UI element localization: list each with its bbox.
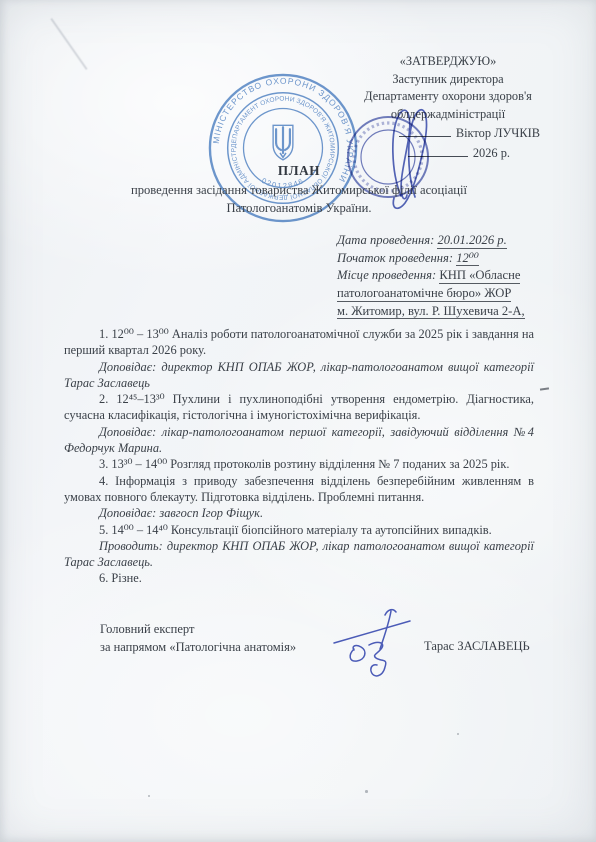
agenda-item: 4. Інформація з приводу забезпечення від… <box>64 473 534 506</box>
scan-speck <box>365 790 368 793</box>
agenda-item: 3. 13³⁰ – 14⁰⁰ Розгляд протоколів розтин… <box>64 456 534 472</box>
footer-role-line: за напрямом «Патологічна анатомія» <box>100 639 296 657</box>
scan-artifact <box>540 387 549 390</box>
detail-label: Дата проведення: <box>337 233 434 247</box>
approval-line: Заступник директора <box>332 71 564 89</box>
detail-label: Початок проведення: <box>337 251 453 265</box>
detail-row: Дата проведення: 20.01.2026 р. <box>337 232 567 250</box>
meeting-details: Дата проведення: 20.01.2026 р. Початок п… <box>337 232 567 321</box>
footer-signer-name: Тарас ЗАСЛАВЕЦЬ <box>424 639 530 654</box>
agenda-item: 6. Різне. <box>64 570 534 586</box>
footer-role-block: Головний експерт за напрямом «Патологічн… <box>100 621 296 656</box>
title-subtitle-line: проведення засідання товариства Житомирс… <box>64 182 534 200</box>
detail-label: Місце проведення: <box>337 268 436 282</box>
detail-value: патологоанатомічне бюро» ЖОР <box>337 286 511 302</box>
agenda-list: 1. 12⁰⁰ – 13⁰⁰ Аналіз роботи патологоана… <box>64 326 534 587</box>
approval-heading: «ЗАТВЕРДЖУЮ» <box>332 53 564 71</box>
detail-value: м. Житомир, вул. Р. Шухевича 2-А, <box>337 304 525 320</box>
agenda-item: 5. 14⁰⁰ – 14⁴⁰ Консультації біопсійного … <box>64 522 534 538</box>
agenda-speaker: Доповідає: завгосп Ігор Фіщук. <box>64 505 534 521</box>
detail-value: КНП «Обласне <box>439 268 520 284</box>
detail-row: патологоанатомічне бюро» ЖОР <box>337 285 567 303</box>
detail-row: м. Житомир, вул. Р. Шухевича 2-А, <box>337 303 567 321</box>
scan-speck <box>457 733 459 735</box>
approval-year: 2026 р. <box>473 146 510 160</box>
agenda-speaker: Доповідає: директор КНП ОПАБ ЖОР, лікар-… <box>64 359 534 392</box>
zaslavets-signature <box>325 585 430 680</box>
paper-crease <box>51 18 88 70</box>
agenda-speaker: Доповідає: лікар-патологоанатом першої к… <box>64 424 534 457</box>
approval-line: Департаменту охорони здоров'я <box>332 88 564 106</box>
detail-row: Початок проведення: 12⁰⁰ <box>337 250 567 268</box>
title-subtitle-line: Патологоанатомів України. <box>64 200 534 218</box>
detail-row: Місце проведення: КНП «Обласне <box>337 267 567 285</box>
scan-speck <box>148 795 150 797</box>
signer-name: Віктор ЛУЧКІВ <box>456 126 540 140</box>
scanned-document-page: «ЗАТВЕРДЖУЮ» Заступник директора Департа… <box>0 0 596 842</box>
agenda-item: 2. 12⁴⁵–13³⁰ Пухлини і пухлиноподібні ут… <box>64 391 534 424</box>
agenda-speaker: Проводить: директор КНП ОПАБ ЖОР, лікар … <box>64 538 534 571</box>
footer-role-line: Головний експерт <box>100 621 296 639</box>
agenda-item: 1. 12⁰⁰ – 13⁰⁰ Аналіз роботи патологоана… <box>64 326 534 359</box>
page-title: ПЛАН <box>64 163 534 179</box>
detail-value: 12⁰⁰ <box>456 251 479 267</box>
tryzub-icon <box>273 125 293 160</box>
document-title-block: ПЛАН проведення засідання товариства Жит… <box>64 163 534 217</box>
detail-value: 20.01.2026 р. <box>437 233 506 249</box>
